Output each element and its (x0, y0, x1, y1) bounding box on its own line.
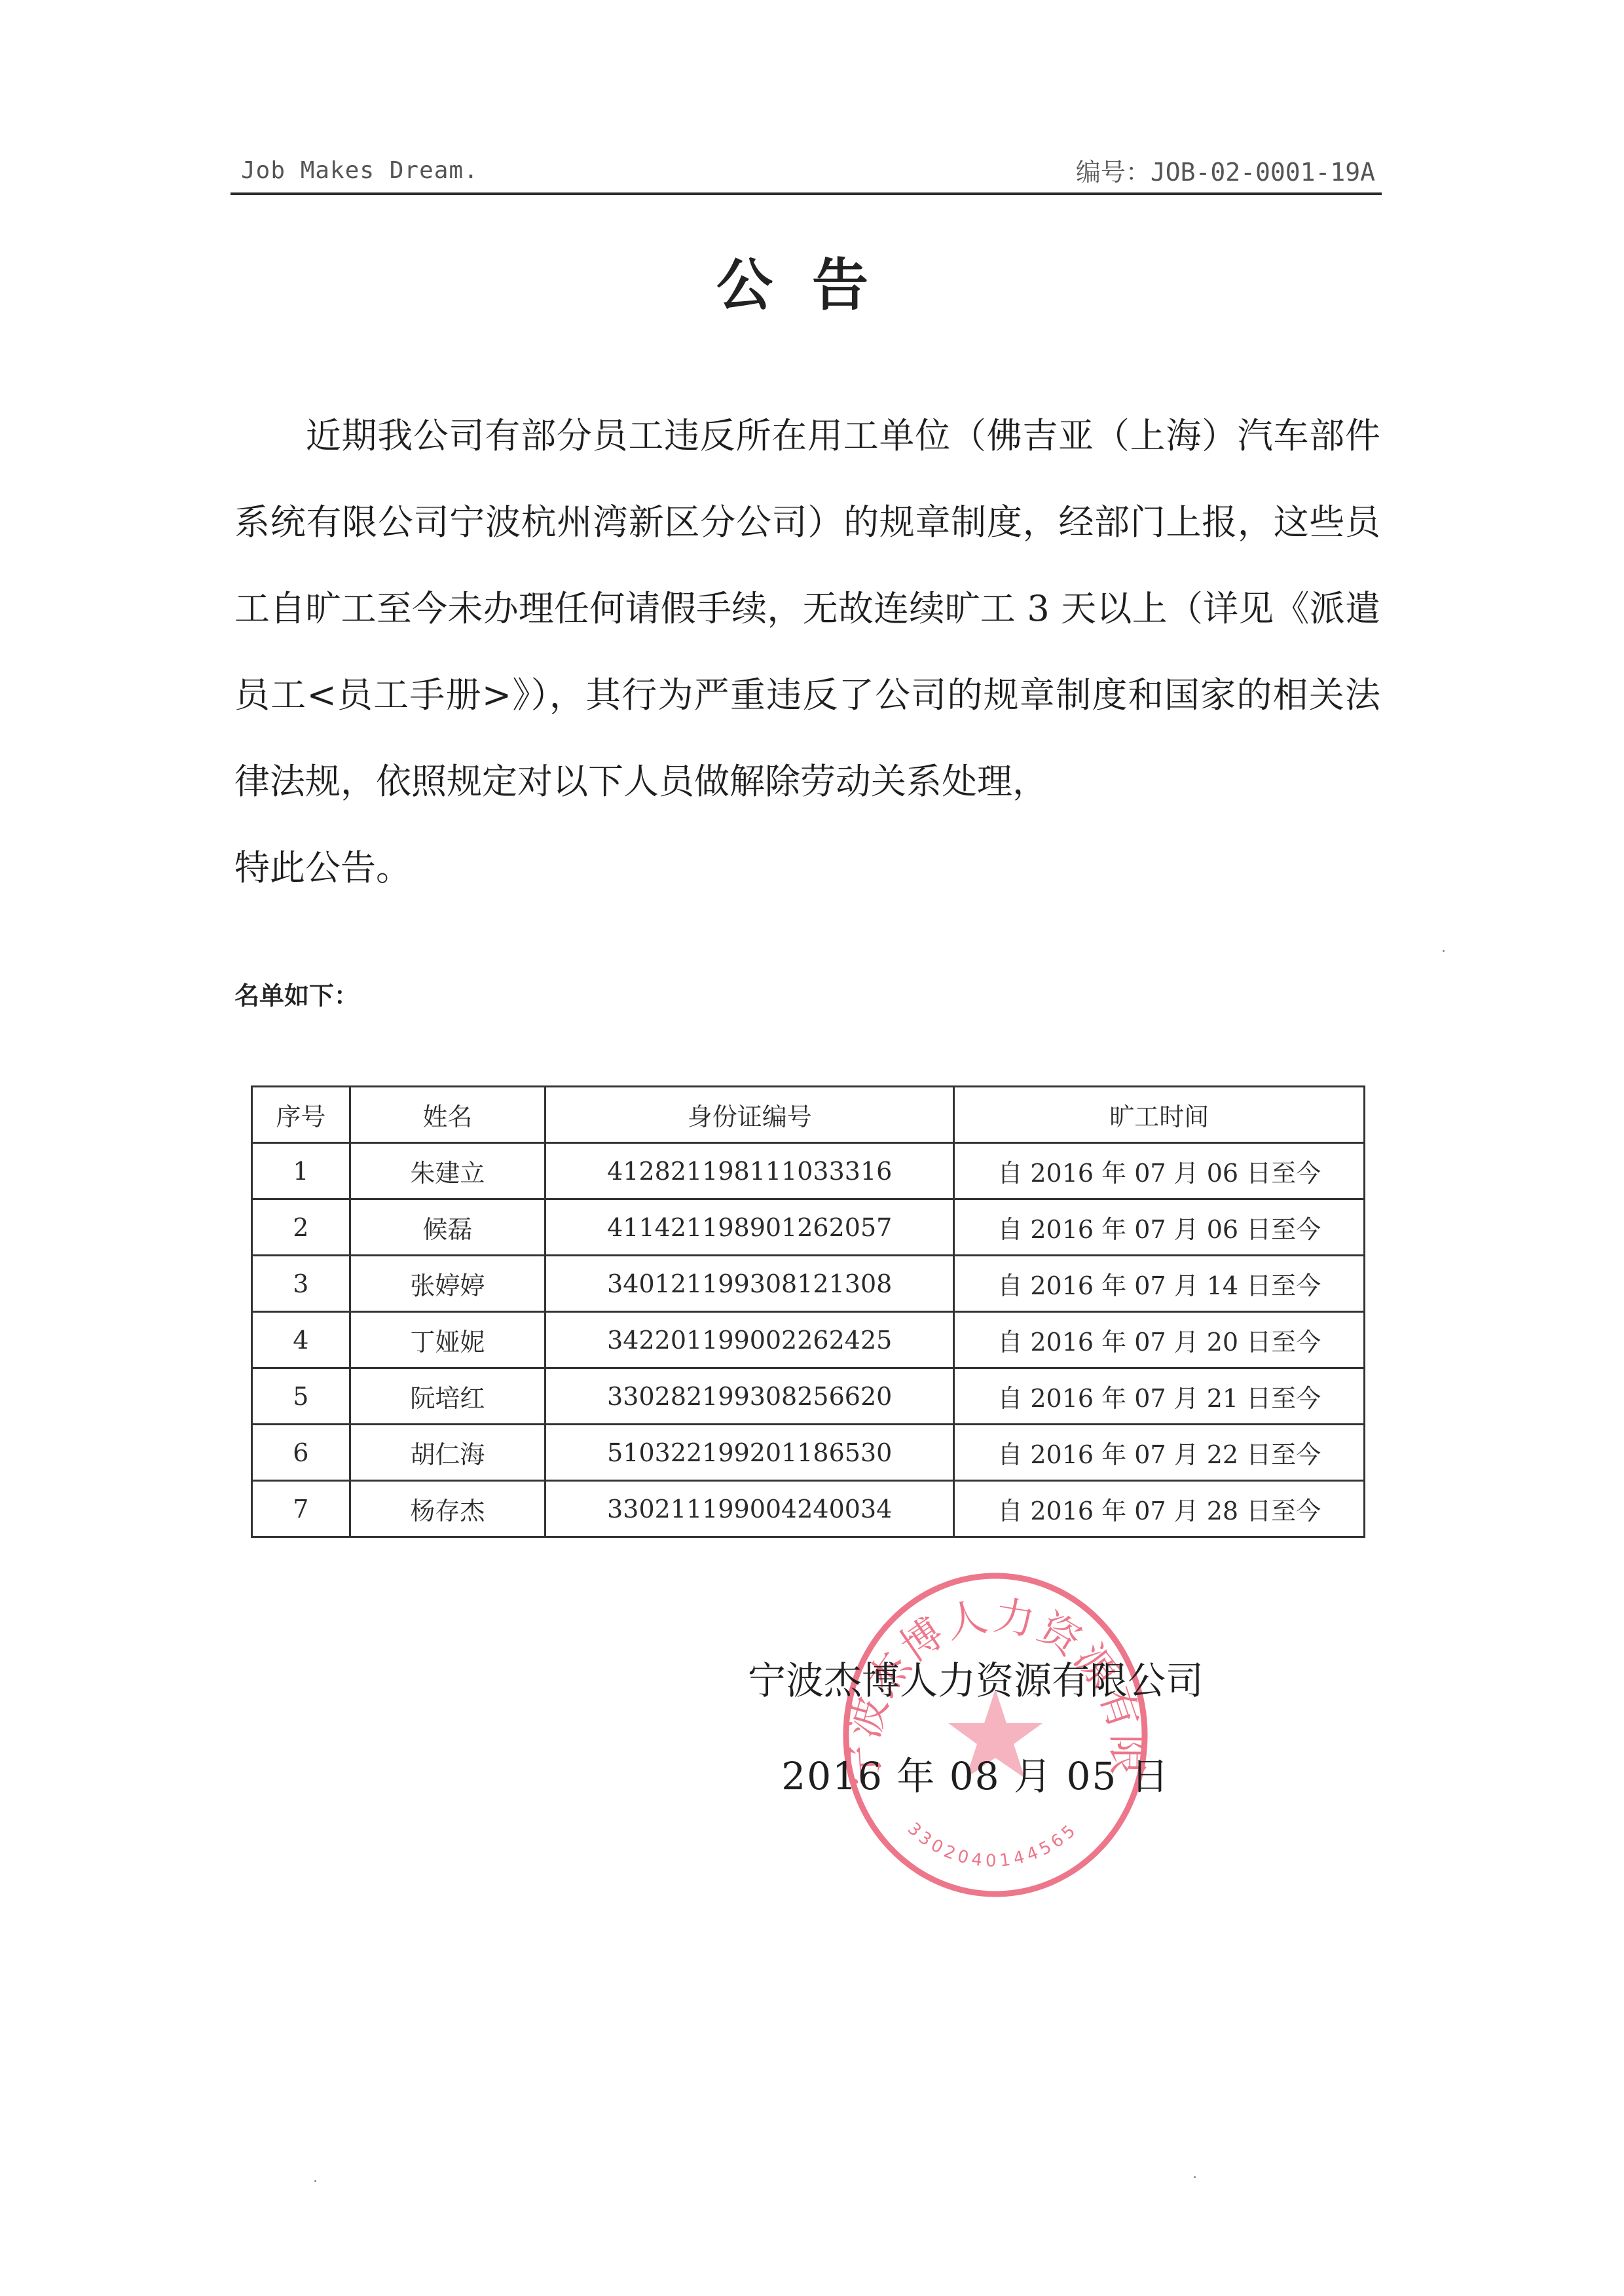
cell-id-number: 342201199002262425 (545, 1312, 953, 1368)
cell-name: 胡仁海 (350, 1425, 545, 1481)
announcement-body: 近期我公司有部分员工违反所在用工单位（佛吉亚（上海）汽车部件系统有限公司宁波杭州… (234, 393, 1380, 911)
seal-number: 3302040144565 (904, 1819, 1082, 1870)
table-row: 6 胡仁海 510322199201186530 自 2016 年 07 月 2… (252, 1425, 1365, 1481)
list-label: 名单如下： (234, 975, 359, 1011)
table-header-row: 序号 姓名 身份证编号 旷工时间 (252, 1087, 1365, 1143)
cell-name: 丁娅妮 (350, 1312, 545, 1368)
header-absence-period: 旷工时间 (954, 1087, 1365, 1143)
scan-speck (314, 2180, 316, 2182)
cell-no: 6 (252, 1425, 350, 1481)
cell-absence-period: 自 2016 年 07 月 06 日至今 (954, 1199, 1365, 1256)
announcement-paragraph: 近期我公司有部分员工违反所在用工单位（佛吉亚（上海）汽车部件系统有限公司宁波杭州… (234, 415, 1380, 802)
cell-no: 5 (252, 1368, 350, 1425)
cell-name: 候磊 (350, 1199, 545, 1256)
cell-id-number: 510322199201186530 (545, 1425, 953, 1481)
signature-block: 宁波杰博人力资源有限公司 2016 年 08 月 05 日 (707, 1650, 1244, 1800)
cell-name: 杨存杰 (350, 1481, 545, 1537)
header-slogan: Job Makes Dream. (241, 157, 479, 184)
cell-id-number: 330282199308256620 (545, 1368, 953, 1425)
cell-id-number: 411421198901262057 (545, 1199, 953, 1256)
page-title: 公告 (0, 240, 1624, 321)
cell-absence-period: 自 2016 年 07 月 14 日至今 (954, 1256, 1365, 1312)
table-row: 4 丁娅妮 342201199002262425 自 2016 年 07 月 2… (252, 1312, 1365, 1368)
document-number: 编号：JOB-02-0001-19A (1076, 152, 1375, 188)
table-row: 7 杨存杰 330211199004240034 自 2016 年 07 月 2… (252, 1481, 1365, 1537)
cell-name: 张婷婷 (350, 1256, 545, 1312)
table-row: 2 候磊 411421198901262057 自 2016 年 07 月 06… (252, 1199, 1365, 1256)
cell-no: 2 (252, 1199, 350, 1256)
header-name: 姓名 (350, 1087, 545, 1143)
cell-name: 朱建立 (350, 1143, 545, 1199)
cell-absence-period: 自 2016 年 07 月 22 日至今 (954, 1425, 1365, 1481)
cell-name: 阮培红 (350, 1368, 545, 1425)
cell-no: 1 (252, 1143, 350, 1199)
dismissal-table: 序号 姓名 身份证编号 旷工时间 1 朱建立 41282119811103331… (251, 1085, 1365, 1538)
header-id-number: 身份证编号 (545, 1087, 953, 1143)
cell-id-number: 340121199308121308 (545, 1256, 953, 1312)
cell-no: 7 (252, 1481, 350, 1537)
scan-speck (1443, 950, 1445, 952)
header-divider (231, 192, 1382, 195)
table-row: 1 朱建立 412821198111033316 自 2016 年 07 月 0… (252, 1143, 1365, 1199)
announcement-closing: 特此公告。 (234, 847, 411, 888)
cell-id-number: 412821198111033316 (545, 1143, 953, 1199)
cell-absence-period: 自 2016 年 07 月 28 日至今 (954, 1481, 1365, 1537)
cell-absence-period: 自 2016 年 07 月 06 日至今 (954, 1143, 1365, 1199)
table-row: 5 阮培红 330282199308256620 自 2016 年 07 月 2… (252, 1368, 1365, 1425)
cell-no: 3 (252, 1256, 350, 1312)
signature-company: 宁波杰博人力资源有限公司 (707, 1650, 1244, 1705)
svg-text:3302040144565: 3302040144565 (904, 1819, 1082, 1870)
signature-date: 2016 年 08 月 05 日 (707, 1745, 1244, 1800)
table-row: 3 张婷婷 340121199308121308 自 2016 年 07 月 1… (252, 1256, 1365, 1312)
header-no: 序号 (252, 1087, 350, 1143)
cell-no: 4 (252, 1312, 350, 1368)
scan-speck (1194, 2176, 1196, 2178)
cell-absence-period: 自 2016 年 07 月 20 日至今 (954, 1312, 1365, 1368)
cell-id-number: 330211199004240034 (545, 1481, 953, 1537)
cell-absence-period: 自 2016 年 07 月 21 日至今 (954, 1368, 1365, 1425)
